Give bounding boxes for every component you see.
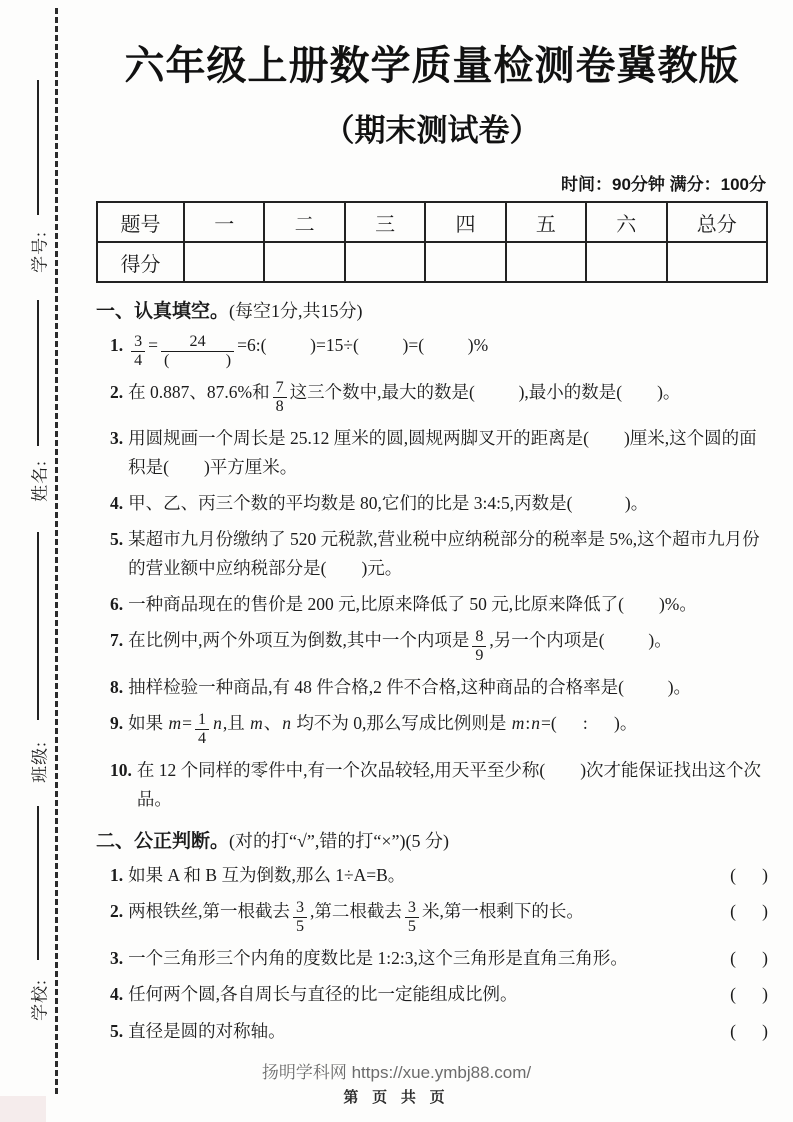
question-row: 6.一种商品现在的售价是 200 元,比原来降低了 50 元,比原来降低了( )…	[110, 590, 768, 618]
fraction-numerator: 3	[131, 333, 145, 352]
question-row: 4.任何两个圆,各自周长与直径的比一定能组成比例。( )	[110, 980, 768, 1008]
footer-site-url: 扬明学科网 https://xue.ymbj88.com/	[0, 1058, 793, 1083]
student-name-fill-line	[37, 300, 39, 446]
question-number: 9.	[110, 709, 123, 737]
question-text: 在 0.887、87.6%和78这三个数中,最大的数是( ),最小的数是( )。	[128, 378, 768, 417]
math-variable: m	[249, 713, 264, 733]
question-number: 10.	[110, 756, 132, 784]
fraction: 34	[131, 333, 145, 370]
page-footer: 扬明学科网 https://xue.ymbj88.com/ 第 页 共 页	[0, 1058, 793, 1107]
question-text: 在 12 个同样的零件中,有一个次品较轻,用天平至少称( )次才能保证找出这个次…	[137, 756, 768, 813]
question-number: 7.	[110, 626, 123, 654]
section-heading-note: (对的打“√”,错的打“×”)(5 分)	[229, 831, 449, 851]
section-heading-note: (每空1分,共15分)	[229, 301, 363, 321]
fraction-denominator: 4	[195, 730, 209, 748]
section-heading: 二、公正判断。(对的打“√”,错的打“×”)(5 分)	[96, 826, 768, 853]
student-id-label: 学号:	[26, 231, 51, 273]
sections: 一、认真填空。(每空1分,共15分)1.34=24( )=6:( )=15÷( …	[96, 296, 768, 1045]
fraction: 89	[472, 628, 486, 665]
question-row: 8.抽样检验一种商品,有 48 件合格,2 件不合格,这种商品的合格率是( )。	[110, 673, 768, 701]
page-title: 六年级上册数学质量检测卷冀教版	[96, 0, 768, 91]
question-row: 10.在 12 个同样的零件中,有一个次品较轻,用天平至少称( )次才能保证找出…	[110, 756, 768, 813]
fraction-numerator: 3	[405, 899, 419, 918]
math-variable: n	[212, 713, 223, 733]
fraction: 24( )	[161, 333, 234, 370]
score-table-cell: 得分	[97, 242, 184, 282]
score-table-cell: 三	[345, 202, 425, 242]
score-table-empty-cell	[184, 242, 264, 282]
question-row: 1.34=24( )=6:( )=15÷( )=( )%	[110, 331, 768, 370]
question-row: 9.如果 m=14n,且 m、n 均不为 0,那么写成比例则是 m:n=( : …	[110, 709, 768, 748]
score-table-empty-cell	[586, 242, 666, 282]
fraction-numerator: 24	[161, 333, 234, 352]
question-text: 某超市九月份缴纳了 520 元税款,营业税中应纳税部分的税率是 5%,这个超市九…	[128, 525, 768, 582]
score-table-header-row: 题号 一 二 三 四 五 六 总分	[97, 202, 767, 242]
section: 二、公正判断。(对的打“√”,错的打“×”)(5 分)1.如果 A 和 B 互为…	[96, 826, 768, 1045]
fraction-denominator: 9	[472, 647, 486, 665]
question-number: 6.	[110, 590, 123, 618]
section: 一、认真填空。(每空1分,共15分)1.34=24( )=6:( )=15÷( …	[96, 296, 768, 813]
score-table: 题号 一 二 三 四 五 六 总分 得分	[96, 201, 768, 283]
section-heading: 一、认真填空。(每空1分,共15分)	[96, 296, 768, 323]
score-table-empty-cell	[506, 242, 586, 282]
question-text: 如果 m=14n,且 m、n 均不为 0,那么写成比例则是 m:n=( : )。	[128, 709, 768, 748]
question-number: 4.	[110, 980, 123, 1008]
question-text: 用圆规画一个周长是 25.12 厘米的圆,圆规两脚叉开的距离是( )厘米,这个圆…	[128, 424, 768, 481]
exam-page: 学号: 姓名: 班级: 学校: 六年级上册数学质量检测卷冀教版 （期末测试卷） …	[0, 0, 793, 1122]
question-number: 5.	[110, 1017, 123, 1045]
score-table-cell: 题号	[97, 202, 184, 242]
fraction-denominator: 8	[273, 398, 287, 416]
answer-bracket: ( )	[722, 1017, 768, 1045]
math-variable: m	[511, 713, 526, 733]
fraction-denominator: 5	[405, 918, 419, 936]
score-table-score-row: 得分	[97, 242, 767, 282]
section-heading-label: 二、公正判断。	[96, 831, 229, 852]
question-text: 任何两个圆,各自周长与直径的比一定能组成比例。	[128, 980, 722, 1008]
exam-content: 六年级上册数学质量检测卷冀教版 （期末测试卷） 时间：90分钟 满分：100分 …	[96, 0, 768, 1053]
fraction-numerator: 3	[293, 899, 307, 918]
score-table-empty-cell	[667, 242, 768, 282]
question-text: 一种商品现在的售价是 200 元,比原来降低了 50 元,比原来降低了( )%。	[128, 590, 768, 618]
math-variable: n	[530, 713, 541, 733]
question-text: 直径是圆的对称轴。	[128, 1017, 722, 1045]
question-number: 3.	[110, 424, 123, 452]
score-table-cell: 二	[264, 202, 344, 242]
student-id-fill-line	[37, 80, 39, 215]
score-table-empty-cell	[345, 242, 425, 282]
question-row: 3.用圆规画一个周长是 25.12 厘米的圆,圆规两脚叉开的距离是( )厘米,这…	[110, 424, 768, 481]
question-text: 一个三角形三个内角的度数比是 1:2:3,这个三角形是直角三角形。	[128, 944, 722, 972]
answer-bracket: ( )	[722, 944, 768, 972]
fraction: 14	[195, 711, 209, 748]
question-number: 4.	[110, 489, 123, 517]
section-heading-label: 一、认真填空。	[96, 301, 229, 322]
question-number: 2.	[110, 378, 123, 406]
answer-bracket: ( )	[722, 861, 768, 889]
score-table-cell: 总分	[667, 202, 768, 242]
question-number: 5.	[110, 525, 123, 553]
question-text: 34=24( )=6:( )=15÷( )=( )%	[128, 331, 768, 370]
school-fill-line	[37, 806, 39, 960]
footer-page-info: 第 页 共 页	[0, 1086, 793, 1107]
question-text: 抽样检验一种商品,有 48 件合格,2 件不合格,这种商品的合格率是( )。	[128, 673, 768, 701]
cut-dashed-line	[55, 8, 58, 1094]
question-number: 1.	[110, 861, 123, 889]
page-subtitle: （期末测试卷）	[96, 105, 768, 150]
score-table-cell: 四	[425, 202, 505, 242]
class-label: 班级:	[26, 741, 51, 783]
question-row: 7.在比例中,两个外项互为倒数,其中一个内项是89,另一个内项是( )。	[110, 626, 768, 665]
score-table-empty-cell	[264, 242, 344, 282]
question-text: 如果 A 和 B 互为倒数,那么 1÷A=B。	[128, 861, 722, 889]
score-table-cell: 五	[506, 202, 586, 242]
fraction-numerator: 1	[195, 711, 209, 730]
question-number: 2.	[110, 897, 123, 925]
question-row: 4.甲、乙、丙三个数的平均数是 80,它们的比是 3:4:5,丙数是( )。	[110, 489, 768, 517]
time-score-meta: 时间：90分钟 满分：100分	[96, 170, 766, 195]
question-row: 5.某超市九月份缴纳了 520 元税款,营业税中应纳税部分的税率是 5%,这个超…	[110, 525, 768, 582]
fraction-numerator: 7	[273, 379, 287, 398]
question-row: 2.在 0.887、87.6%和78这三个数中,最大的数是( ),最小的数是( …	[110, 378, 768, 417]
student-name-label: 姓名:	[26, 460, 51, 502]
answer-bracket: ( )	[722, 980, 768, 1008]
fraction: 78	[273, 379, 287, 416]
fraction-denominator: 4	[131, 352, 145, 370]
fraction-numerator: 8	[472, 628, 486, 647]
fraction: 35	[293, 899, 307, 936]
question-number: 3.	[110, 944, 123, 972]
school-label: 学校:	[26, 979, 51, 1021]
question-row: 1.如果 A 和 B 互为倒数,那么 1÷A=B。( )	[110, 861, 768, 889]
score-table-cell: 六	[586, 202, 666, 242]
question-number: 8.	[110, 673, 123, 701]
fraction-denominator: 5	[293, 918, 307, 936]
score-table-empty-cell	[425, 242, 505, 282]
question-row: 5.直径是圆的对称轴。( )	[110, 1017, 768, 1045]
math-variable: m	[168, 713, 183, 733]
fraction-denominator: ( )	[161, 352, 234, 370]
question-number: 1.	[110, 331, 123, 359]
class-fill-line	[37, 532, 39, 720]
question-row: 3.一个三角形三个内角的度数比是 1:2:3,这个三角形是直角三角形。( )	[110, 944, 768, 972]
math-variable: n	[281, 713, 292, 733]
question-text: 两根铁丝,第一根截去35,第二根截去35米,第一根剩下的长。	[128, 897, 722, 936]
fraction: 35	[405, 899, 419, 936]
question-text: 在比例中,两个外项互为倒数,其中一个内项是89,另一个内项是( )。	[128, 626, 768, 665]
answer-bracket: ( )	[722, 897, 768, 925]
question-text: 甲、乙、丙三个数的平均数是 80,它们的比是 3:4:5,丙数是( )。	[128, 489, 768, 517]
question-row: 2.两根铁丝,第一根截去35,第二根截去35米,第一根剩下的长。( )	[110, 897, 768, 936]
score-table-cell: 一	[184, 202, 264, 242]
